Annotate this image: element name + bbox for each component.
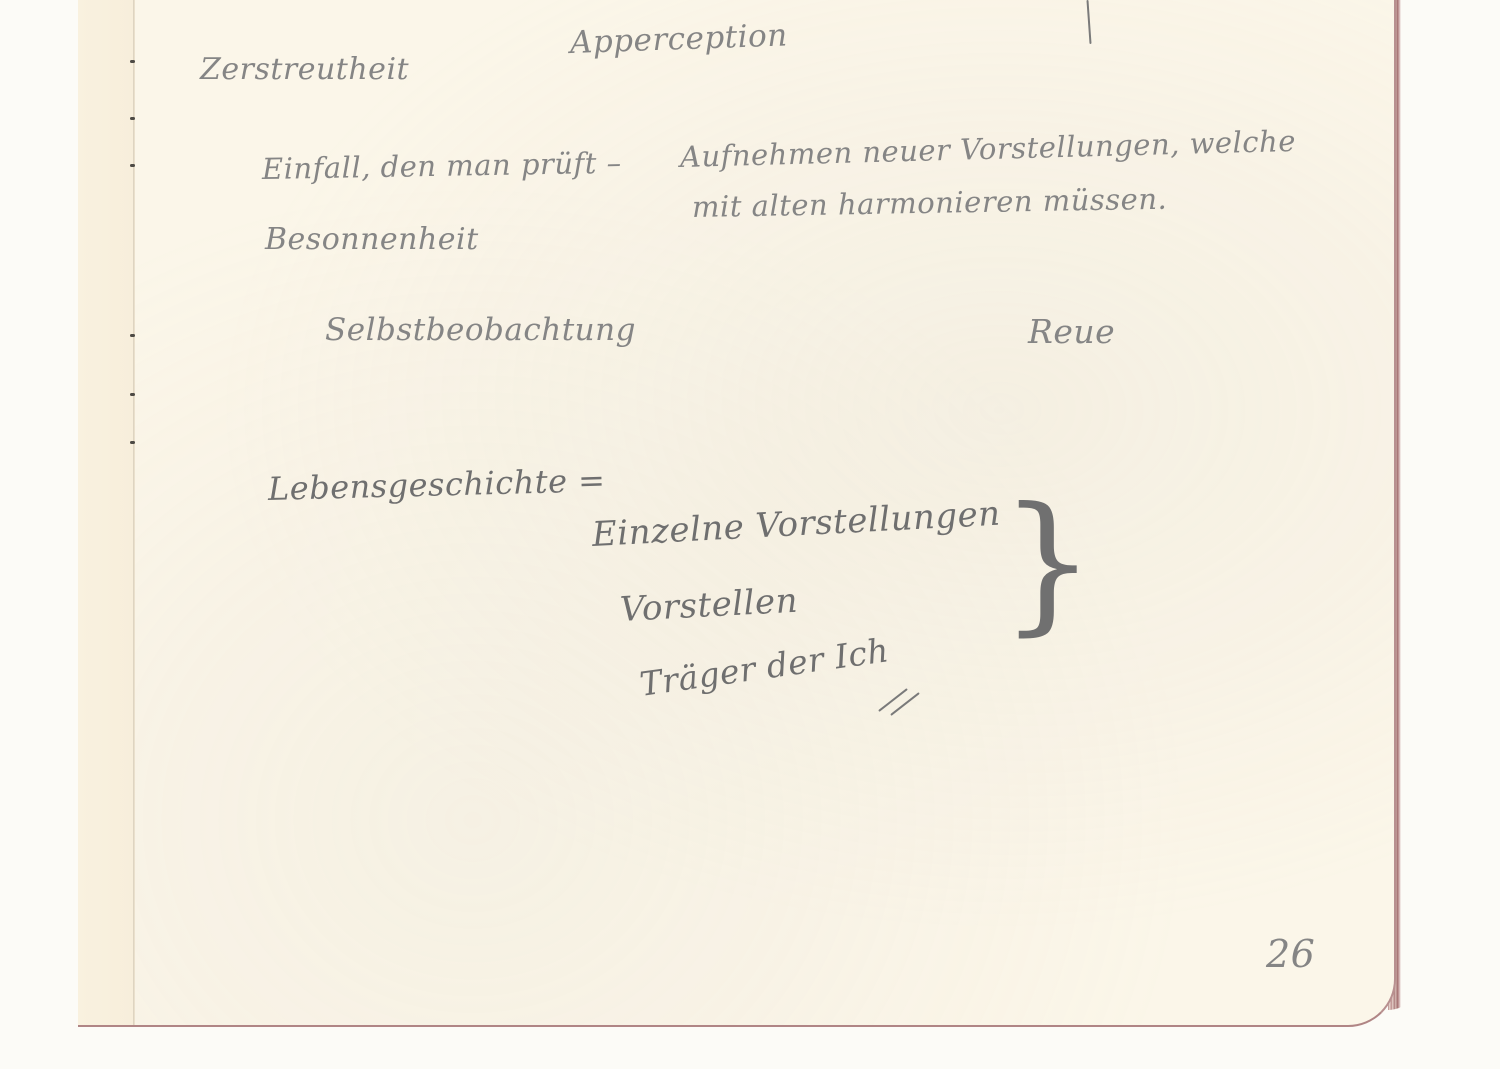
scan-background: Zerstreutheit Apperception Einfall, den …: [0, 0, 1500, 1069]
binding-fold: [133, 0, 135, 1025]
stitch-hole: [130, 441, 135, 444]
note-zerstreutheit: Zerstreutheit: [200, 52, 409, 87]
note-selbstbeobachtung: Selbstbeobachtung: [325, 312, 636, 348]
note-reue: Reue: [1028, 312, 1115, 351]
note-einfall: Einfall, den man prüft –: [262, 146, 622, 186]
curly-brace: }: [1000, 488, 1095, 638]
binding-gutter: [78, 0, 134, 1025]
stitch-hole: [130, 334, 135, 337]
page-number: 26: [1266, 932, 1315, 976]
stitch-hole: [130, 60, 135, 63]
stitch-hole: [130, 393, 135, 396]
note-besonnenheit: Besonnenheit: [265, 222, 479, 257]
note-apperception: Apperception: [569, 17, 788, 61]
stitch-hole: [130, 117, 135, 120]
stitch-hole: [130, 164, 135, 167]
